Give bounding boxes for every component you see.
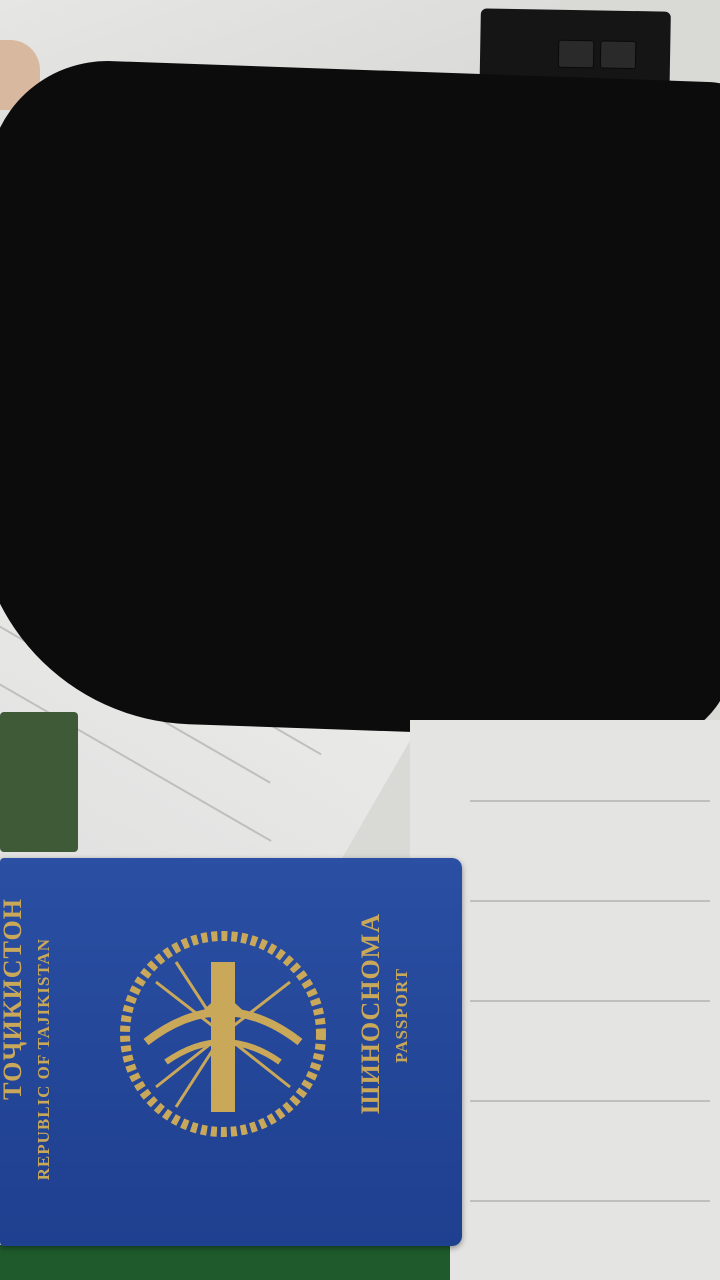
document-title-english: PASSPORT	[392, 968, 412, 1063]
country-name-english: REPUBLIC OF TAJIKISTAN	[34, 938, 54, 1180]
coat-of-arms-icon	[116, 922, 330, 1146]
green-passport	[0, 712, 78, 852]
black-sleeve-arm	[0, 57, 720, 743]
country-name-local: ТОҶИКИСТОН	[0, 898, 28, 1100]
green-passport-bottom	[0, 1245, 450, 1280]
document-title-local: ШИНОСНОМА	[356, 913, 386, 1114]
tajikistan-passport: ТОҶИКИСТОН REPUBLIC OF TAJIKISTAN ШИНОСН…	[0, 858, 462, 1246]
